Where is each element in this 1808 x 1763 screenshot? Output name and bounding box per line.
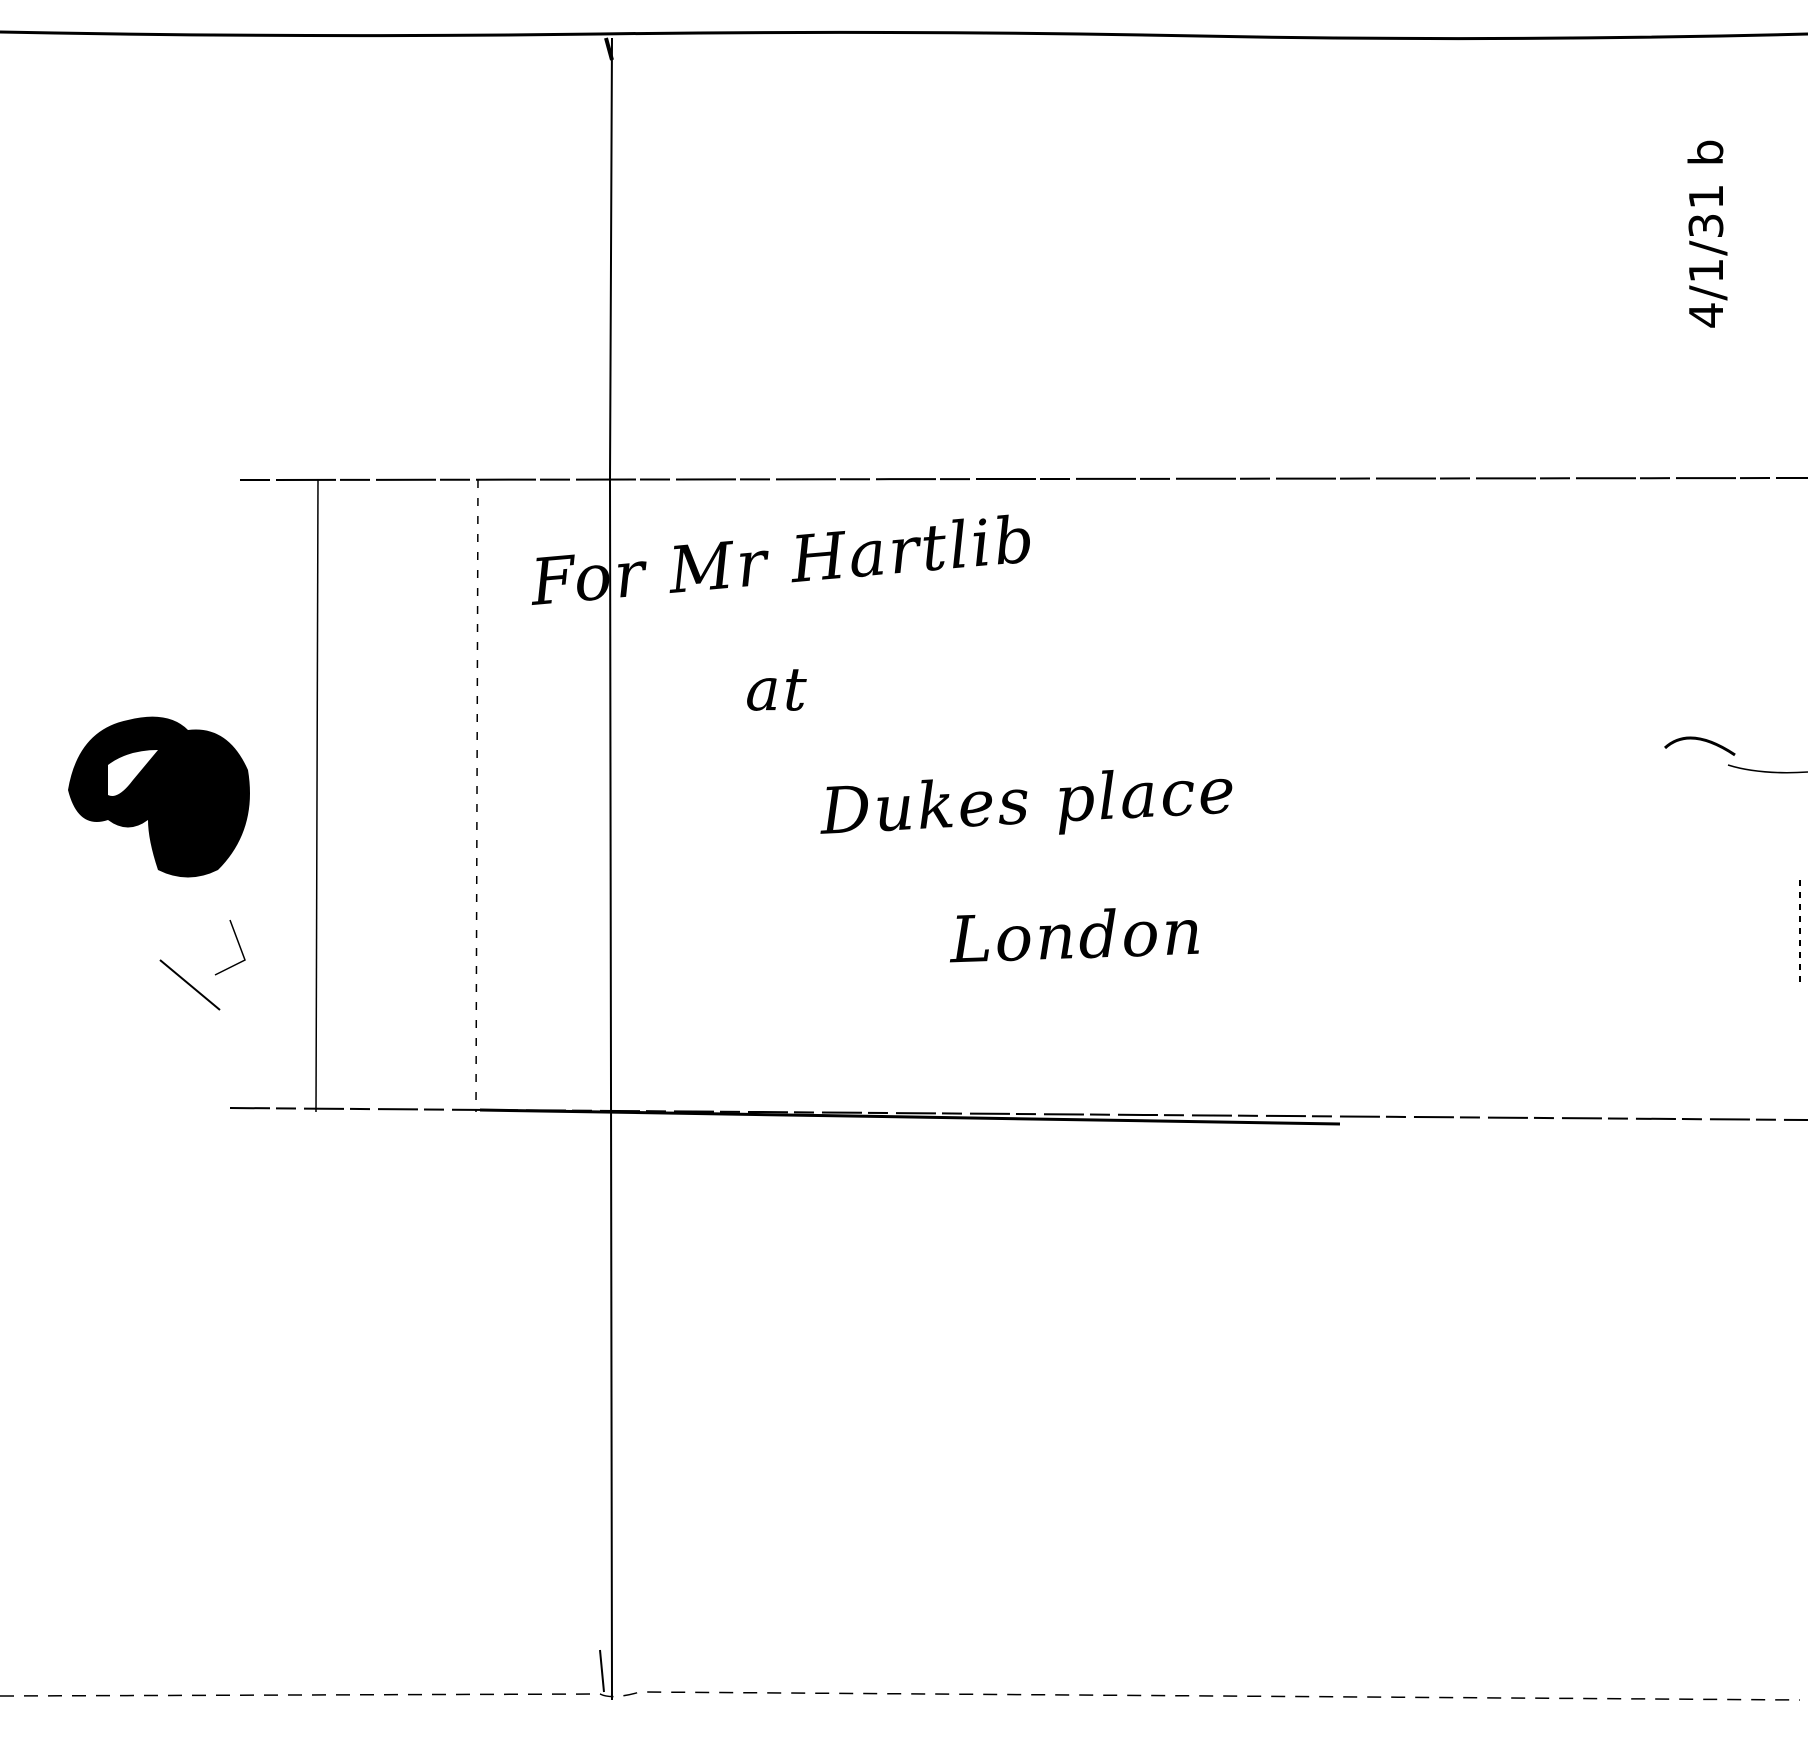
address-recipient: For Mr Hartlib xyxy=(528,503,1040,621)
address-preposition: at xyxy=(745,655,809,725)
address-street: Dukes place xyxy=(818,754,1239,850)
archive-reference: 4/1/31 b xyxy=(1680,138,1734,330)
address-block: For Mr Hartlib at Dukes place London xyxy=(0,0,1808,1763)
address-city: London xyxy=(949,896,1206,979)
letter-cover: For Mr Hartlib at Dukes place London 4/1… xyxy=(0,0,1808,1763)
